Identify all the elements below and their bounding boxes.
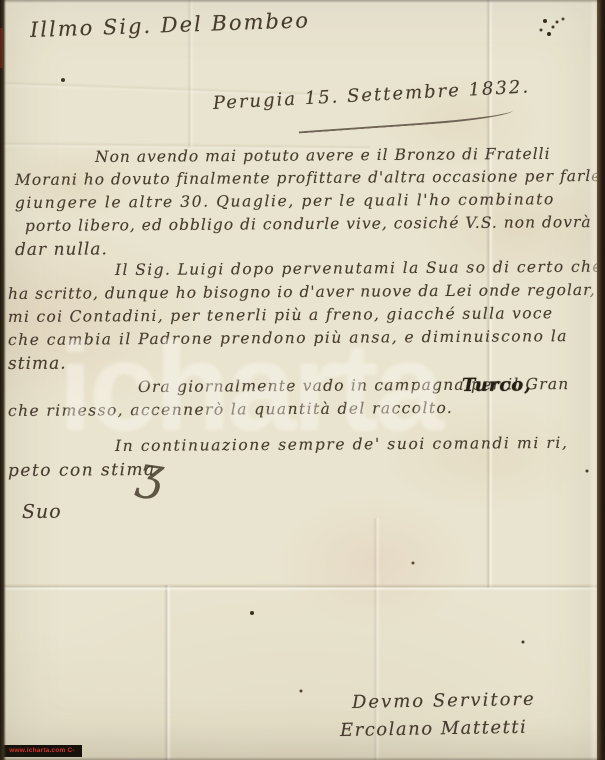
body-line: che cambia il Padrone prendono più ansa,… [8, 327, 568, 349]
scan-edge-top [0, 0, 605, 3]
body-line-emphasis: Turco, [462, 375, 532, 396]
body-line: mi coi Contadini, per tenerli più a fren… [8, 304, 553, 326]
body-line: Non avendo mai potuto avere e il Bronzo … [95, 145, 551, 166]
paper-curl-highlight [589, 0, 598, 760]
signature-name-line: Ercolano Mattetti [340, 717, 528, 741]
body-line: ha scritto, dunque ho bisogno io d'aver … [8, 281, 596, 303]
vendor-watermark: www.icharta.com C-879771 [2, 745, 82, 757]
body-line: giungere le altre 30. Quaglie, per le qu… [15, 190, 555, 212]
scan-edge-left [0, 0, 6, 760]
scan-edge-red-mark [0, 28, 3, 68]
body-line: porto libero, ed obbligo di condurle viv… [25, 213, 592, 235]
body-line: Il Sig. Luigi dopo pervenutami la Sua so… [115, 257, 605, 279]
fold-crease-vertical [164, 585, 171, 760]
letter-scan: Illmo Sig. Del BombeoPerugia 15. Settemb… [0, 0, 605, 760]
dateline: Perugia 15. Settembre 1832. [212, 76, 530, 114]
body-line: peto con stima [8, 460, 156, 481]
fold-crease-horizontal [0, 584, 605, 591]
signature-role-line: Devmo Servitore [352, 689, 536, 713]
scan-edge-right [597, 0, 605, 760]
body-line: che rimesso, accennerò la quantità del r… [8, 399, 453, 420]
body-line: dar nulla. [15, 239, 108, 260]
salutation-line: Illmo Sig. Del Bombeo [30, 8, 311, 42]
ink-specks [0, 0, 2, 2]
body-line: Morani ho dovuto finalmente profittare d… [15, 167, 602, 189]
body-line: stima. [8, 354, 67, 374]
closing-line: Suo [22, 501, 62, 523]
body-line: In continuazione sempre de' suoi comandi… [115, 434, 569, 455]
